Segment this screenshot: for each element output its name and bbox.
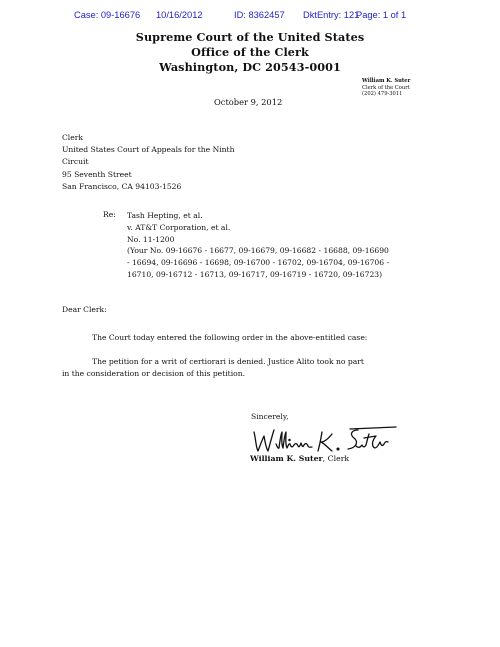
recipient-line: 95 Seventh Street	[62, 169, 235, 181]
clerk-contact-block: William K. Suter Clerk of the Court (202…	[362, 78, 410, 98]
order-paragraph: The Court today entered the following or…	[92, 333, 367, 342]
handwritten-signature	[250, 424, 400, 456]
stamp-id: ID: 8362457	[234, 10, 303, 20]
re-line: Tash Hepting, et al.	[127, 210, 447, 222]
signer-block: William K. Suter, Clerk	[250, 454, 349, 463]
signer-name: William K. Suter	[250, 454, 323, 463]
stamp-case-number: Case: 09-16676	[74, 10, 156, 20]
recipient-line: United States Court of Appeals for the N…	[62, 144, 235, 156]
recipient-line: Clerk	[62, 132, 235, 144]
stamp-date: 10/16/2012	[156, 10, 234, 20]
contact-name: William K. Suter	[362, 78, 410, 85]
re-line: (Your No. 09-16676 - 16677, 09-16679, 09…	[127, 245, 447, 257]
valediction: Sincerely,	[251, 412, 289, 421]
recipient-address: Clerk United States Court of Appeals for…	[62, 132, 235, 193]
recipient-line: Circuit	[62, 156, 235, 168]
re-label: Re:	[103, 210, 116, 219]
re-line: v. AT&T Corporation, et al.	[127, 222, 447, 234]
letterhead-court-name: Supreme Court of the United States	[0, 30, 500, 45]
letterhead-address: Washington, DC 20543-0001	[0, 60, 500, 75]
stamp-page: Page: 1 of 1	[356, 10, 406, 20]
letterhead-office: Office of the Clerk	[0, 45, 500, 60]
decision-paragraph-line2: in the consideration or decision of this…	[62, 369, 245, 378]
letter-date: October 9, 2012	[214, 97, 282, 107]
letterhead: Supreme Court of the United States Offic…	[0, 30, 500, 75]
signer-title: , Clerk	[323, 454, 349, 463]
salutation: Dear Clerk:	[62, 305, 107, 314]
docket-stamp-header: Case: 09-16676 10/16/2012 ID: 8362457 Dk…	[74, 10, 406, 20]
re-line: 16710, 09-16712 - 16713, 09-16717, 09-16…	[127, 269, 447, 281]
decision-paragraph-line1: The petition for a writ of certiorari is…	[92, 357, 364, 366]
stamp-docket-entry: DktEntry: 121	[303, 10, 356, 20]
recipient-line: San Francisco, CA 94103-1526	[62, 181, 235, 193]
re-case-block: Tash Hepting, et al. v. AT&T Corporation…	[127, 210, 447, 281]
re-line: - 16694, 09-16696 - 16698, 09-16700 - 16…	[127, 257, 447, 269]
contact-phone: (202) 479-3011	[362, 91, 410, 98]
re-line: No. 11-1200	[127, 234, 447, 246]
